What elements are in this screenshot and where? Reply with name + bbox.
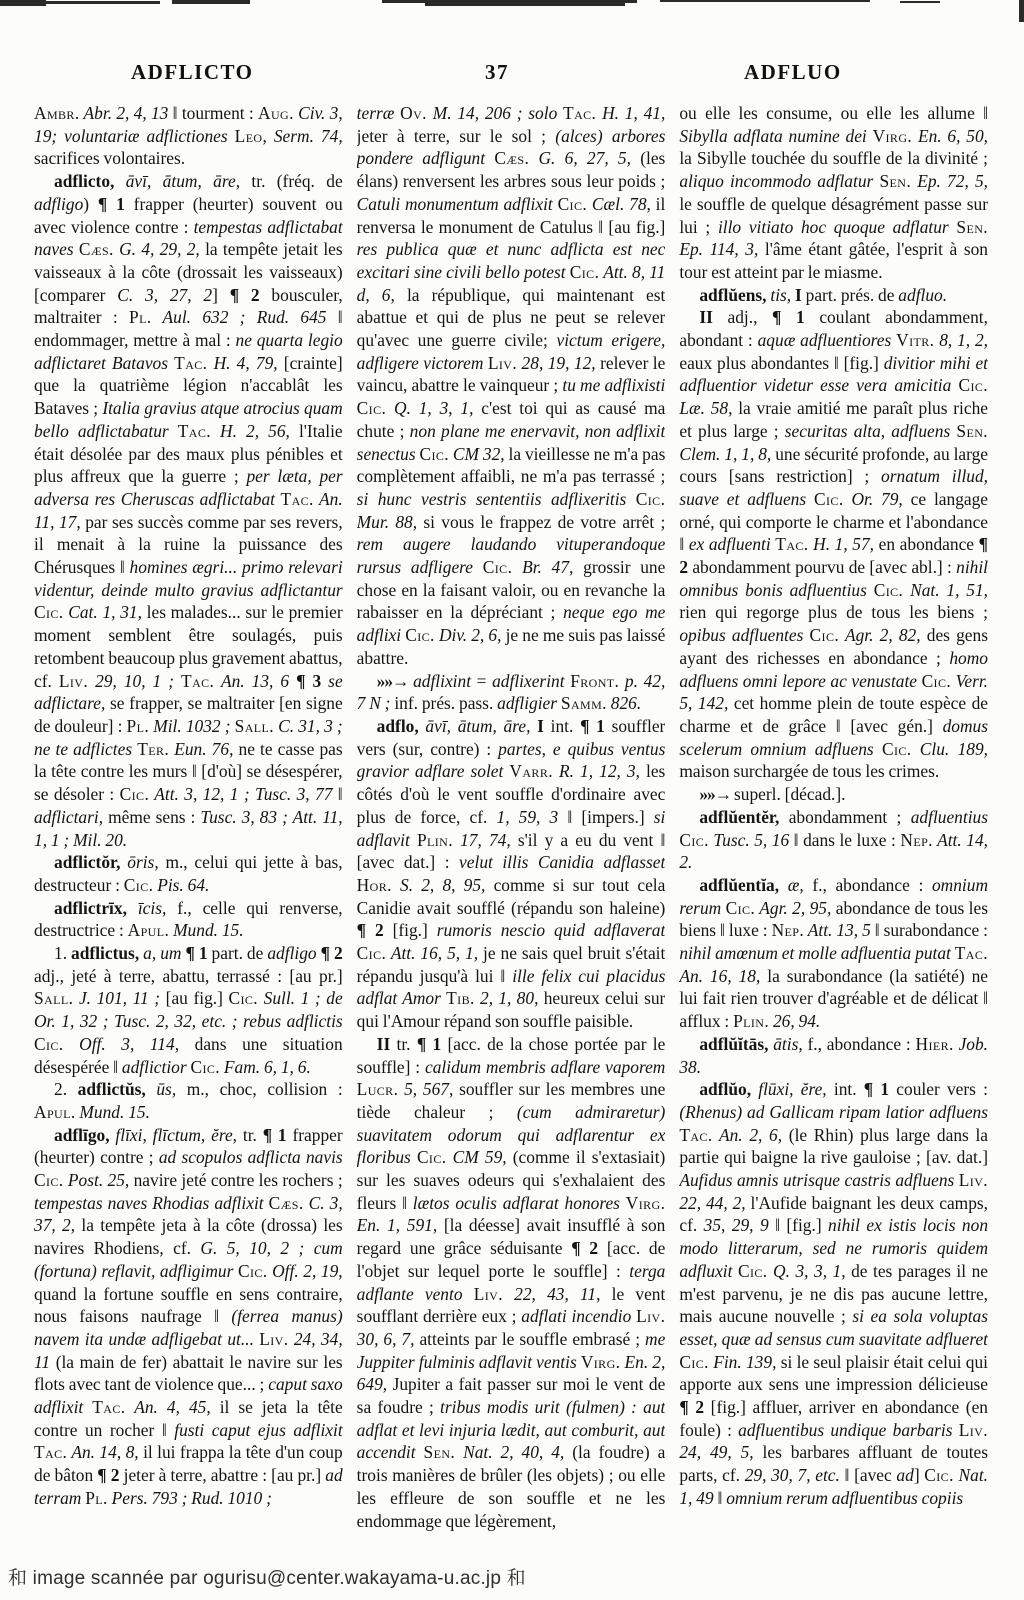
text-run: ¶ 1 — [417, 1034, 448, 1054]
text-run: H. 2, 56, — [211, 421, 299, 441]
text-run: [fig.] — [393, 920, 437, 940]
text-run: ‖ surabondance : — [875, 920, 988, 940]
text-run: Cic. — [483, 557, 513, 577]
text-run: Tac. — [174, 353, 207, 373]
text-run: Læ. 58, — [679, 398, 738, 418]
text-run: Cic. — [679, 830, 709, 850]
text-run: f., abondance : — [808, 1034, 916, 1054]
dictionary-paragraph: adflŭentĕr, abondamment ; adfluentius Ci… — [679, 806, 988, 874]
text-run: a, um — [143, 943, 185, 963]
text-run: rien qui regorge plus de tous les biens … — [679, 602, 988, 622]
text-run: Sall. — [235, 716, 274, 736]
dictionary-paragraph: II adj., ¶ 1 coulant abondamment, abonda… — [679, 306, 988, 783]
derivation-arrow-icon: »»→ — [377, 671, 413, 691]
text-run: Sen. — [956, 217, 988, 237]
text-run: Pl. — [85, 1488, 108, 1508]
text-run: 2, 1, 80, — [475, 988, 544, 1008]
text-run: Mund. 15. — [169, 920, 243, 940]
text-run: Sall. — [34, 988, 73, 1008]
dictionary-paragraph: 1. adflictus, a, um ¶ 1 part. de adfligo… — [34, 942, 343, 1078]
text-run: ‖ [impers.] — [567, 807, 653, 827]
text-run: ¶ 2 — [321, 943, 343, 963]
text-run: Liv. — [488, 353, 517, 373]
text-run: 30, 6, 7, — [357, 1329, 420, 1349]
text-run: H. 4, 79, — [207, 353, 283, 373]
text-run: Virg. — [581, 1352, 621, 1372]
text-run: Cic. — [874, 580, 904, 600]
text-run: Plin. — [417, 830, 453, 850]
text-run: ‖ — [717, 1488, 726, 1508]
text-run: Leo — [235, 126, 263, 146]
text-run: 826. — [607, 693, 641, 713]
text-run: Ter. — [137, 739, 169, 759]
text-run: Apul. — [34, 1102, 76, 1122]
text-run: Sen. — [879, 171, 911, 191]
text-run: Tac. — [178, 421, 211, 441]
text-run: īcis, — [138, 898, 177, 918]
text-run: 28, 19, 12, — [517, 353, 600, 373]
text-run: Clem. 1, 1, 8, — [679, 444, 775, 464]
text-run: An. 4, 45, — [126, 1397, 220, 1417]
text-run: Liv. — [959, 1170, 988, 1190]
text-run: Sen. — [956, 421, 988, 441]
text-run: Cic. — [924, 1465, 954, 1485]
text-run: Nep. — [772, 920, 805, 940]
text-run: Pers. 793 ; Rud. 1010 ; — [108, 1488, 272, 1508]
text-run: Cic. — [34, 602, 64, 622]
header-guide-word-left: ADFLICTO — [131, 60, 253, 85]
text-run: ‖ [fig.] — [775, 1215, 828, 1235]
text-run: f., abondance : — [812, 875, 932, 895]
text-run: ¶ 1 — [580, 716, 612, 736]
text-run: Cic. — [120, 784, 150, 804]
text-run: 26, 94. — [769, 1011, 820, 1031]
text-run: An. 2, 6, — [713, 1125, 789, 1145]
text-run: lætos oculis adflarat honores — [413, 1193, 626, 1213]
text-run: adfluentibus undique barbaris — [738, 1420, 959, 1440]
text-run: Q. 1, 3, 1, — [386, 398, 481, 418]
dictionary-paragraph: adflŭo, flūxi, ĕre, int. ¶ 1 couler vers… — [679, 1078, 988, 1509]
text-run: Vitr. — [896, 330, 934, 350]
text-run: āvī, ātum, āre, — [126, 171, 252, 191]
text-run: Tib. — [446, 988, 475, 1008]
text-run: flīxi, flīctum, ĕre, — [115, 1125, 242, 1145]
text-run: adflictari, — [34, 807, 108, 827]
text-run: 1, 59, 3 — [497, 807, 568, 827]
text-run: Cic. — [958, 375, 988, 395]
dictionary-paragraph: adflictŏr, ōris, m., celui qui jette à b… — [34, 851, 343, 896]
text-run: Virg. — [873, 126, 913, 146]
text-run: jeter à terre, sur le sol ; — [357, 126, 556, 146]
text-run: Cic. — [124, 875, 154, 895]
text-run: ‖ — [338, 784, 343, 804]
text-run: omnium rerum adfluentibus copiis — [726, 1488, 963, 1508]
text-run: abondamment ; — [789, 807, 911, 827]
text-run: Virg. — [626, 1193, 666, 1213]
text-run: eaux plus abondantes ‖ [fig.] — [679, 353, 883, 373]
text-run: ¶ 1 — [263, 1125, 293, 1145]
text-run: ¶ 3 — [296, 671, 328, 691]
text-run: adfligier — [497, 693, 561, 713]
text-run: (Rhenus) ad Gallicam ripam latior adflue… — [679, 1102, 988, 1122]
text-run: adj., — [727, 307, 772, 327]
text-run: ou elle les consume, ou elle les allume … — [679, 103, 988, 123]
text-run: Cic. — [558, 194, 588, 214]
text-run: Apul. — [128, 920, 170, 940]
text-run: Plin. — [733, 1011, 769, 1031]
header-guide-word-right: ADFLUO — [744, 60, 842, 85]
text-run: flūxi, ĕre, — [758, 1079, 834, 1099]
text-run: aliquo incommodo adflatur — [679, 171, 879, 191]
text-run: 22, 43, 11, — [503, 1284, 612, 1304]
text-run: I — [795, 285, 806, 305]
text-run: adflixint — [413, 671, 471, 691]
text-run: Pis. 64. — [153, 875, 209, 895]
text-run: Cic. — [738, 1261, 768, 1281]
text-run: Nat. 1, 51, — [903, 580, 988, 600]
text-run: 17, 74, — [453, 830, 518, 850]
text-run: Liv. — [59, 671, 88, 691]
text-run: 29, 30, 7, etc. — [745, 1465, 845, 1485]
text-run: ‖ [avec — [845, 1465, 897, 1485]
text-run: adflŭĭtās, — [699, 1034, 773, 1054]
text-run: Tac. — [679, 1125, 712, 1145]
text-run: Tac. — [281, 489, 314, 509]
text-run: ex adfluenti — [689, 534, 775, 554]
text-run: tempestas naves Rhodias adflixit — [34, 1193, 269, 1213]
text-run: adflictŏr, — [54, 852, 127, 872]
text-run: Mund. 15. — [76, 1102, 150, 1122]
text-run: Agr. 2, 95, — [755, 898, 836, 918]
text-run: adflictior — [122, 1057, 191, 1077]
text-run: Cic. — [922, 671, 952, 691]
text-run: illo vitiato hoc quoque adflatur — [718, 217, 956, 237]
text-run: En. 6, 50, — [912, 126, 988, 146]
text-run: ad — [896, 1465, 913, 1485]
text-run: Varr. — [509, 761, 553, 781]
text-run: Post. 25, — [64, 1170, 134, 1190]
text-run: calidum membris adflare vaporem — [425, 1057, 665, 1077]
text-run: An. 13, 6 — [214, 671, 296, 691]
text-run: Lucr. — [357, 1079, 399, 1099]
text-run: Cæs. — [494, 148, 529, 168]
text-run: Cic. — [882, 739, 912, 759]
text-run: II — [377, 1034, 397, 1054]
text-run: Cæl. 78, — [587, 194, 656, 214]
text-run: Cic. — [34, 1170, 64, 1190]
text-run: aquæ adfluentiores — [758, 330, 897, 350]
text-run: An. 14, 8, — [67, 1442, 143, 1462]
text-run: opibus adfluentes — [679, 625, 809, 645]
text-run: Pl. — [127, 716, 150, 736]
text-run: II — [699, 307, 727, 327]
text-run: Cic. — [726, 898, 756, 918]
text-run: Cæs. — [269, 1193, 304, 1213]
dictionary-paragraph: adflŭentĭa, æ, f., abondance : omnium re… — [679, 874, 988, 1033]
text-run: fusti caput ejus adflixit — [174, 1420, 342, 1440]
text-run: ad scopulos adflicta navis — [159, 1147, 343, 1167]
text-run: Off. 3, 114, — [64, 1034, 195, 1054]
dictionary-paragraph: 2. adflictŭs, ūs, m., choc, collision : … — [34, 1078, 343, 1123]
page-number: 37 — [467, 60, 527, 85]
text-run: Att. 3, 12, 1 ; Tusc. 3, 77 — [149, 784, 338, 804]
text-run: Cic. — [679, 1352, 709, 1372]
text-run: tr. — [397, 1034, 417, 1054]
text-run: ūs, — [156, 1079, 186, 1099]
text-run: superl. [décad.]. — [734, 784, 846, 804]
text-run: 29, 10, 1 ; — [88, 671, 181, 691]
text-run: Tusc. 5, 16 — [709, 830, 794, 850]
text-run: adflicto, — [54, 171, 126, 191]
text-run: Liv. — [636, 1306, 665, 1326]
text-run: Agr. 2, 82, — [839, 625, 927, 645]
text-run: Cic. — [405, 625, 435, 645]
text-run: Tac. — [775, 534, 808, 554]
dictionary-paragraph: Ambr. Abr. 2, 4, 13 ‖ tourment : Aug. Ci… — [34, 102, 343, 170]
text-run: m., choc, collision : — [187, 1079, 343, 1099]
text-run: Tac. — [34, 1442, 67, 1462]
text-run: Cat. 1, 31, — [64, 602, 147, 622]
text-run: part. prés. de — [806, 285, 899, 305]
text-run: adflŭens, — [699, 285, 770, 305]
text-run: Cic. — [570, 262, 600, 282]
text-column-1: Ambr. Abr. 2, 4, 13 ‖ tourment : Aug. Ci… — [34, 102, 343, 1540]
text-run: adfligo — [34, 194, 83, 214]
text-run: CM 32, — [449, 444, 509, 464]
text-run: Cic. — [238, 1261, 268, 1281]
text-run: adflictŭs, — [78, 1079, 157, 1099]
text-run: Fin. 139, — [709, 1352, 781, 1372]
text-run: Br. 47, — [512, 557, 583, 577]
scan-artifact — [0, 0, 1024, 12]
text-run: Ambr. — [34, 103, 80, 123]
page-header: ADFLICTO 37 ADFLUO — [0, 60, 1024, 94]
text-run: 24, 49, 5, — [679, 1442, 762, 1462]
dictionary-paragraph: adflŭens, tis, I part. prés. de adfluo. — [679, 284, 988, 307]
text-run: Abr. 2, 4, 13 — [80, 103, 173, 123]
text-run: ¶ 1 — [98, 194, 134, 214]
text-run: Cæs. — [79, 239, 114, 259]
text-run: adflictus, — [71, 943, 143, 963]
text-run: ¶ 2 — [679, 1397, 710, 1417]
text-run: tr. — [243, 1125, 263, 1145]
text-run: Nat. 2, 40, 4, — [455, 1442, 572, 1462]
text-run: Off. 2, 19, — [268, 1261, 343, 1281]
text-run: Cic. — [814, 489, 844, 509]
text-run: adfluentius — [911, 807, 988, 827]
text-run: int. — [551, 716, 580, 736]
text-run: adflīgo, — [54, 1125, 115, 1145]
dictionary-paragraph: »»→ adflixint = adflixerint Front. p. 42… — [357, 670, 666, 715]
text-run: G. 4, 29, 2, — [114, 239, 205, 259]
text-run: Hier. — [916, 1034, 954, 1054]
text-column-3: ou elle les consume, ou elle les allume … — [679, 102, 988, 1540]
text-run: ōris, — [127, 852, 165, 872]
text-run: Cic. — [190, 1057, 220, 1077]
text-run: navire jeté contre les rochers ; — [134, 1170, 343, 1190]
text-run: tu me adflixisti — [562, 375, 665, 395]
dictionary-paragraph: terræ Ov. M. 14, 206 ; solo Tac. H. 1, 4… — [357, 102, 666, 670]
dictionary-paragraph: adflŭĭtās, ātis, f., abondance : Hier. J… — [679, 1033, 988, 1078]
dictionary-paragraph: »»→ superl. [décad.]. — [679, 783, 988, 806]
text-run: Tac. — [92, 1397, 125, 1417]
text-run: H. 1, 57, — [809, 534, 879, 554]
text-run: 2. — [54, 1079, 78, 1099]
text-run: Cic. — [357, 943, 387, 963]
text-run: Catuli monumentum adflixit — [357, 194, 558, 214]
text-run: Aul. 632 ; Rud. 645 — [152, 307, 338, 327]
text-run: Cic. — [810, 625, 840, 645]
text-run: Tac. — [955, 943, 988, 963]
text-run: couler vers : — [896, 1079, 988, 1099]
text-run: Nep. — [900, 830, 933, 850]
text-run: J. 101, 11 ; — [73, 988, 165, 1008]
text-run: tr. (fréq. de — [251, 171, 342, 191]
text-run: ¶ 1 — [772, 307, 819, 327]
text-run: Q. 3, 3, 1, — [768, 1261, 852, 1281]
dictionary-text-block: Ambr. Abr. 2, 4, 13 ‖ tourment : Aug. Ci… — [0, 94, 1024, 1540]
text-run: Ov. — [400, 103, 427, 123]
text-run: en abondance — [879, 534, 979, 554]
dictionary-paragraph: ou elle les consume, ou elle les allume … — [679, 102, 988, 284]
text-run: même sens : — [108, 807, 200, 827]
scan-credit: 和 image scannée par ogurisu@center.wakay… — [8, 1563, 526, 1590]
text-run: En. 1, 591, — [357, 1215, 444, 1235]
text-run: Pl. — [129, 307, 152, 327]
text-run: part. de — [212, 943, 268, 963]
text-run: Cic. — [419, 444, 449, 464]
text-run: Sen. — [424, 1442, 456, 1462]
derivation-arrow-icon: »»→ — [699, 784, 734, 804]
text-run: tis, — [770, 285, 795, 305]
text-run: Tac. — [181, 671, 214, 691]
text-run: Front. — [570, 671, 619, 691]
text-run: Liv. — [474, 1284, 503, 1304]
text-run: 5, 567, — [398, 1079, 459, 1099]
text-run: Tac. — [563, 103, 596, 123]
text-run: adflixerint — [492, 671, 570, 691]
text-run: R. 1, 12, 3, — [553, 761, 646, 781]
text-run: Clu. 189, — [912, 739, 988, 759]
text-run: 1. — [54, 943, 71, 963]
text-run: Att. 13, 5 — [804, 920, 875, 940]
dictionary-paragraph: adflo, āvī, ātum, āre, I int. ¶ 1 souffl… — [357, 715, 666, 1033]
text-run: ¶ 1 — [185, 943, 211, 963]
text-run: [au fig.] — [166, 988, 229, 1008]
text-run: Ep. 72, 5, — [911, 171, 988, 191]
text-run: adflati incendio — [521, 1306, 636, 1326]
dictionary-paragraph: II tr. ¶ 1 [acc. de la chose portée par … — [357, 1033, 666, 1532]
text-run: Serm. 74, — [274, 126, 343, 146]
text-run: Cic. — [636, 489, 666, 509]
text-run: ] — [212, 285, 230, 305]
text-run: Cic. — [228, 988, 258, 1008]
text-run: 8, 1, 2, — [934, 330, 988, 350]
text-run: æ, — [788, 875, 813, 895]
dictionary-paragraph: adflīgo, flīxi, flīctum, ĕre, tr. ¶ 1 fr… — [34, 1124, 343, 1510]
text-run: = — [471, 671, 492, 691]
text-run: ¶ 2 — [357, 920, 393, 940]
text-run: G. 6, 27, 5, — [529, 148, 640, 168]
text-run: int. — [834, 1079, 864, 1099]
text-run: atteints par le souffle embrasé ; — [419, 1329, 645, 1349]
dictionary-paragraph: adflicto, āvī, ātum, āre, tr. (fréq. de … — [34, 170, 343, 851]
text-run: M. 14, 206 ; solo — [427, 103, 563, 123]
text-run: rumoris nescio quid adflaverat — [437, 920, 666, 940]
text-run: S. 2, 8, 95, — [392, 875, 494, 895]
text-run: si hunc vestris sententiis adflixeritis — [357, 489, 636, 509]
text-run: adflŭentĭa, — [699, 875, 787, 895]
text-run: ‖ dans le luxe : — [794, 830, 901, 850]
text-run: , — [263, 126, 274, 146]
text-run: ] — [914, 1465, 924, 1485]
text-run: ) — [83, 194, 98, 214]
text-run: adj., jeté à terre, abattu, terrassé : [… — [34, 966, 343, 986]
text-run: C. 3, 27, 2 — [117, 285, 212, 305]
text-run: velut illis Canidia adflasset — [459, 852, 665, 872]
text-run: abondamment pourvu de [avec abl.] : — [692, 557, 956, 577]
text-run: sacrifices volontaires. — [34, 148, 185, 168]
text-run: jeter à terre, abattre : [au pr.] — [124, 1465, 326, 1485]
text-run: āvī, ātum, āre, — [425, 716, 537, 736]
text-run: Cic. — [417, 1147, 447, 1167]
text-run: adflŭo, — [699, 1079, 758, 1099]
text-run: CM 59, — [447, 1147, 513, 1167]
text-run: ¶ 2 — [571, 1238, 607, 1258]
text-run: Sibylla adflata numine dei — [679, 126, 872, 146]
text-run: H. 1, 41, — [596, 103, 665, 123]
dictionary-paragraph: adflictrīx, īcis, f., celle qui renverse… — [34, 897, 343, 942]
text-run: maison surchargée de tous les crimes. — [679, 761, 939, 781]
text-run: la Sibylle touchée du souffle de la divi… — [679, 148, 988, 168]
text-run: Ep. 114, 3, — [679, 239, 765, 259]
text-run: Fam. 6, 1, 6. — [220, 1057, 311, 1077]
text-run: ‖ tourment : — [173, 103, 258, 123]
text-run: adfluo. — [898, 285, 947, 305]
text-run: Mil. 1032 ; — [149, 716, 235, 736]
text-run: adflo, — [377, 716, 426, 736]
text-run: ātis, — [773, 1034, 807, 1054]
text-run: Liv. — [259, 1329, 288, 1349]
text-run: nihil amœnum et molle adfluentia putat — [679, 943, 954, 963]
text-run: ¶ 1 — [864, 1079, 897, 1099]
text-run: Cic. — [357, 398, 387, 418]
text-run: Div. 2, 6, — [435, 625, 506, 645]
text-run: An. 16, 18, — [679, 966, 767, 986]
text-run: I — [537, 716, 550, 736]
text-run: 35, 29, 9 — [704, 1215, 775, 1235]
text-run: securitas alta, adfluens — [785, 421, 957, 441]
text-run: Aufidus amnis utrisque castris adfluens — [679, 1170, 958, 1190]
text-run: Aug. — [258, 103, 294, 123]
text-run: Or. 79, — [844, 489, 911, 509]
text-run: Att. 16, 5, 1, — [386, 943, 483, 963]
text-run: Cic. — [34, 1034, 64, 1054]
text-run: Eun. 76, — [169, 739, 238, 759]
text-run: ¶ 2 — [230, 285, 272, 305]
text-column-2: terræ Ov. M. 14, 206 ; solo Tac. H. 1, 4… — [357, 102, 666, 1540]
text-run: terræ — [357, 103, 400, 123]
text-run: Liv. — [959, 1420, 988, 1440]
text-run: adflŭentĕr, — [699, 807, 788, 827]
text-run: Hor. — [357, 875, 392, 895]
text-run: si vous le frappez de votre arrêt ; — [423, 512, 665, 532]
text-run: adflictrīx, — [54, 898, 138, 918]
text-run: inf. prés. pass. — [394, 693, 497, 713]
text-run: ¶ 2 — [97, 1465, 123, 1485]
text-run: Samm. — [561, 693, 607, 713]
text-run: 22, 44, 2, — [679, 1193, 750, 1213]
